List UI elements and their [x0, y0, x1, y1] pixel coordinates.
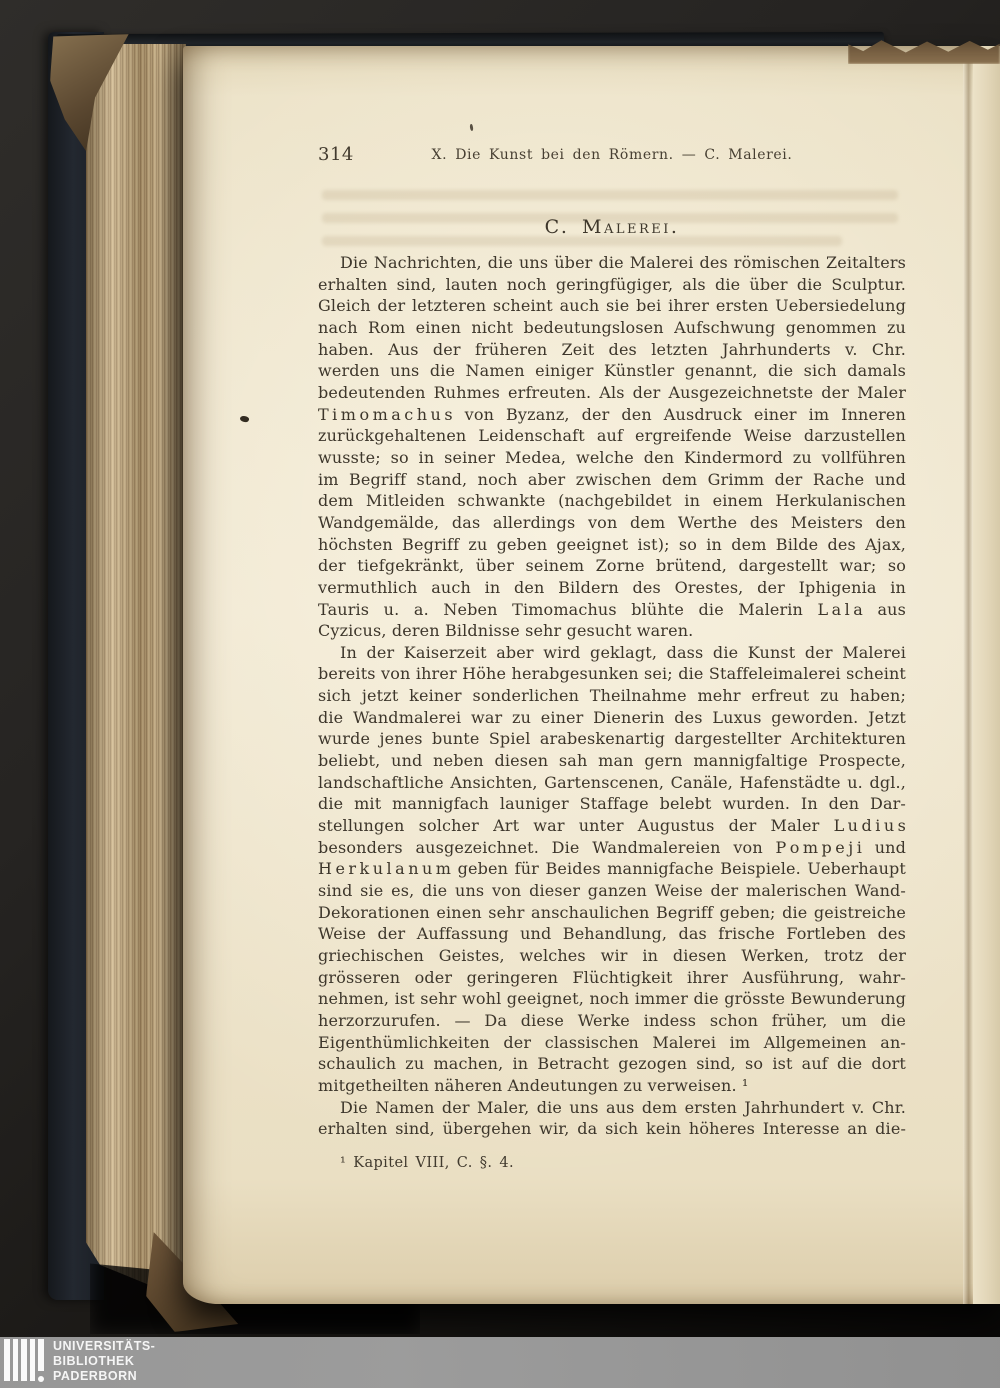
library-name: UNIVERSITÄTS- BIBLIOTHEK PADERBORN — [53, 1339, 155, 1384]
logo-bar — [30, 1339, 36, 1381]
running-header: X. Die Kunst bei den Römern. — C. Malere… — [318, 147, 906, 163]
text-line: Eigenthümlichkeiten der classischen Male… — [318, 1032, 906, 1054]
text-line: schaulich zu machen, in Betracht gezogen… — [318, 1053, 906, 1075]
text-line: Cyzicus, deren Bildnisse sehr gesucht wa… — [318, 620, 906, 642]
text-line: Wandgemälde, das allerdings von dem Wert… — [318, 512, 906, 534]
library-name-line: BIBLIOTHEK — [53, 1354, 155, 1369]
text-line: Tauris u. a. Neben Timomachus blühte die… — [318, 599, 906, 621]
text-line: wurde jenes bunte Spiel arabeskenartig d… — [318, 728, 906, 750]
logo-bar — [13, 1339, 19, 1381]
text-line: vermuthlich auch in den Bildern des Ores… — [318, 577, 906, 599]
text-line: höchsten Begriff zu geben geeignet ist);… — [318, 534, 906, 556]
text-line: grösseren oder geringeren Flüchtigkeit i… — [318, 967, 906, 989]
text-line: stellungen solcher Art war unter Augustu… — [318, 815, 906, 837]
text-line: haben. Aus der früheren Zeit des letzten… — [318, 339, 906, 361]
text-line: die Wandmalerei war zu einer Dienerin de… — [318, 707, 906, 729]
text-line: Die Namen der Maler, die uns aus dem ers… — [318, 1097, 906, 1119]
library-name-line: PADERBORN — [53, 1369, 155, 1384]
logo-bar — [38, 1339, 44, 1371]
text-line: Weise der Auffassung und Behandlung, das… — [318, 923, 906, 945]
text-line: besonders ausgezeichnet. Die Wandmalerei… — [318, 837, 906, 859]
text-line: die mit mannigfach launiger Staffage bel… — [318, 793, 906, 815]
body-text: Die Nachrichten, die uns über die Malere… — [318, 252, 906, 1140]
text-line: im Begriff stand, noch aber zwischen dem… — [318, 469, 906, 491]
text-line: herzorzurufen. — Da diese Werke indess s… — [318, 1010, 906, 1032]
text-line: T i m o m a c h u s von Byzanz, der den … — [318, 404, 906, 426]
text-line: Gleich der letzteren scheint auch sie be… — [318, 295, 906, 317]
text-line: bereits von ihrer Höhe herabgesunken sei… — [318, 663, 906, 685]
logo-bar — [4, 1339, 10, 1381]
adjacent-leaf — [973, 46, 1000, 1304]
text-line: H e r k u l a n u m geben für Beides man… — [318, 858, 906, 880]
text-line: griechischen Geistes, welches wir in die… — [318, 945, 906, 967]
text-line: sind sie es, die uns von dieser ganzen W… — [318, 880, 906, 902]
scanned-book-photo: 314 X. Die Kunst bei den Römern. — C. Ma… — [0, 0, 1000, 1388]
logo-dot — [38, 1376, 44, 1382]
text-line: dem Mitleiden schwankte (nachgebildet in… — [318, 490, 906, 512]
logo-bar — [21, 1339, 27, 1381]
text-line: In der Kaiserzeit aber wird geklagt, das… — [318, 642, 906, 664]
bleed-through-line — [322, 190, 898, 200]
text-line: mitgetheilten näheren Andeutungen zu ver… — [318, 1075, 906, 1097]
gutter-crease — [963, 46, 973, 1304]
text-line: beliebt, und neben diesen sah man gern m… — [318, 750, 906, 772]
text-line: der tiefgekränkt, über seinem Zorne brüt… — [318, 555, 906, 577]
text-line: erhalten sind, übergehen wir, da sich ke… — [318, 1118, 906, 1140]
text-line: bedeutenden Ruhmes erfreuten. Als der Au… — [318, 382, 906, 404]
text-line: Dekorationen einen sehr anschaulichen Be… — [318, 902, 906, 924]
text-line: Die Nachrichten, die uns über die Malere… — [318, 252, 906, 274]
library-name-line: UNIVERSITÄTS- — [53, 1339, 155, 1354]
text-line: sich jetzt keiner sonderlichen Theilnahm… — [318, 685, 906, 707]
text-line: landschaftliche Ansichten, Gartenscenen,… — [318, 772, 906, 794]
section-heading: C. Malerei. — [318, 216, 906, 238]
text-line: wusste; so in seiner Medea, welche den K… — [318, 447, 906, 469]
text-line: zurückgehaltenen Leidenschaft auf ergrei… — [318, 425, 906, 447]
text-line: nach Rom einen nicht bedeutungslosen Auf… — [318, 317, 906, 339]
text-line: nehmen, ist sehr wohl geeignet, noch imm… — [318, 988, 906, 1010]
text-line: erhalten sind, lauten noch geringfügiger… — [318, 274, 906, 296]
page-block-fore-edge — [86, 44, 186, 1300]
library-watermark-band: UNIVERSITÄTS- BIBLIOTHEK PADERBORN — [0, 1337, 1000, 1388]
text-line: werden uns die Namen einiger Künstler ge… — [318, 360, 906, 382]
footnote: ¹ Kapitel VIII, C. §. 4. — [340, 1155, 514, 1171]
